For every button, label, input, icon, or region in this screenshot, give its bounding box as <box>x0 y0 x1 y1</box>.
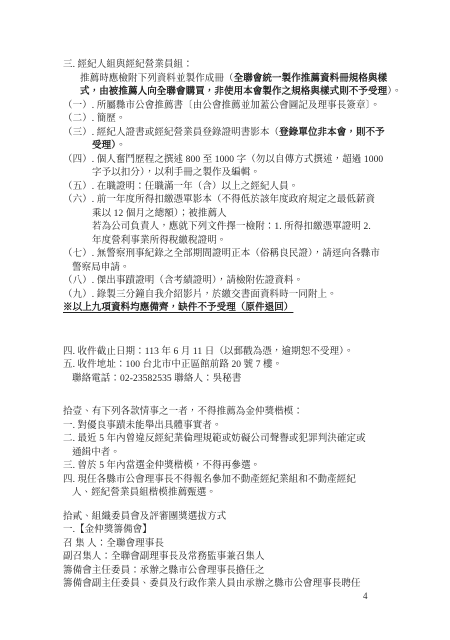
text-line: （二）. 簡歷。 <box>63 113 397 127</box>
text-run: 拾壹、有下列各款情事之一者，不得推薦為金仲獎楷模： <box>63 407 303 417</box>
text-line: 一. 對優良事蹟未能舉出具體事實者。 <box>63 420 397 434</box>
text-run: 通緝中者。 <box>72 448 120 458</box>
text-run: 五. 收件地址：100 台北市中正區館前路 20 號 7 樓。 <box>63 360 282 370</box>
text-line: 三. 經紀人組與經紀營業員組： <box>63 59 397 73</box>
text-line: ※以上九項資料均應備齊，缺件不予受理（原件退回） <box>63 302 397 316</box>
text-line: （六）. 前一年度所得扣繳憑單影本（不得低於該年度政府規定之最低薪資 <box>63 194 397 208</box>
text-run: 字予以扣分），以利手冊之製作及編輯。 <box>92 168 260 178</box>
document-body: 三. 經紀人組與經紀營業員組：推薦時應檢附下列資料並製作成冊（全聯會統一製作推薦… <box>63 59 397 592</box>
text-line: 字予以扣分），以利手冊之製作及編輯。 <box>92 167 397 181</box>
page-number: 4 <box>363 590 368 602</box>
blank-line <box>63 316 397 326</box>
text-run: 受理） <box>92 141 116 151</box>
text-run: 若為公司負責人，應就下列文件擇一檢附：1. 所得扣繳憑單證明 2. <box>92 222 371 232</box>
text-line: 受理）。 <box>92 140 397 154</box>
text-run: 三. 曾於 5 年內當選金仲獎楷模，不得再參選。 <box>63 461 260 471</box>
text-run: 副召集人：全聯會副理事長及常務監事兼召集人 <box>63 552 265 562</box>
text-line: 若為公司負責人，應就下列文件擇一檢附：1. 所得扣繳憑單證明 2. <box>92 221 397 235</box>
text-run: 年度營利事業所得稅繳稅證明。 <box>92 236 226 246</box>
text-line: 乘以 12 個月之總額）；被推薦人 <box>92 208 397 222</box>
text-run: （八）. 傑出事蹟證明（含考績證明），請檢附佐證資料。 <box>63 276 303 286</box>
text-line: 副召集人：全聯會副理事長及常務監事兼召集人 <box>63 551 397 565</box>
blank-line <box>63 396 397 406</box>
text-line: 籌備會主任委員：承辦之縣市公會理事長擔任之 <box>63 565 397 579</box>
text-run: （六）. 前一年度所得扣繳憑單影本（不得低於該年度政府規定之最低薪資 <box>63 195 375 205</box>
text-run: 聯絡電話：02-23582535 聯絡人：吳秘書 <box>72 374 241 384</box>
text-run: 登錄單位非本會，則不予 <box>279 128 385 138</box>
text-run: （五）. 在職證明：任職滿一年（含）以上之經紀人員。 <box>63 182 298 192</box>
text-run: 籌備會主任委員：承辦之縣市公會理事長擔任之 <box>63 566 265 576</box>
text-line: 人、經紀營業員組楷模推薦甄選。 <box>72 487 397 501</box>
text-line: （八）. 傑出事蹟證明（含考績證明），請檢附佐證資料。 <box>63 275 397 289</box>
text-line: 四. 收件截止日期：113 年 6 月 11 日（以郵戳為憑，逾期恕不受理）。 <box>63 346 397 360</box>
text-line: （九）. 錄製三分鐘自我介紹影片，於繳交書面資料時一同附上。 <box>63 289 397 303</box>
text-run: （三）. 經紀人證書或經紀營業員登錄證明書影本（ <box>63 128 279 138</box>
text-line: （五）. 在職證明：任職滿一年（含）以上之經紀人員。 <box>63 181 397 195</box>
text-line: 警察局申請。 <box>72 262 397 276</box>
text-run: ）。 <box>387 87 401 97</box>
text-run: 四. 現任各縣市公會理事長不得報名參加不動產經紀業組和不動產經紀 <box>63 475 356 485</box>
text-run: 拾貳、組織委員會及評審團獎選拔方式 <box>63 512 226 522</box>
text-line: 聯絡電話：02-23582535 聯絡人：吳秘書 <box>72 373 397 387</box>
text-run: 二. 最近 5 年內曾違反經紀業倫理規範或妨礙公司聲譽或犯罪判決確定或 <box>63 434 366 444</box>
text-line: 年度營利事業所得稅繳稅證明。 <box>92 235 397 249</box>
text-run: ※以上九項資料均應備齊，缺件不予受理（原件退回） <box>63 303 293 313</box>
text-line: 二. 最近 5 年內曾違反經紀業倫理規範或妨礙公司聲譽或犯罪判決確定或 <box>63 433 397 447</box>
text-run: 三. 經紀人組與經紀營業員組： <box>63 60 193 70</box>
text-run: 。 <box>116 141 126 151</box>
text-run: （七）. 無警察刑事紀錄之全部期間證明正本（俗稱良民證），請逕向各縣市 <box>63 249 380 259</box>
text-run: 推薦時應檢附下列資料並製作成冊（ <box>80 74 234 84</box>
text-run: 一.【金仲獎籌備會】 <box>63 525 152 535</box>
text-run: 全聯會統一製作推薦資料冊規格與樣 <box>234 74 388 84</box>
text-line: 召 集 人：全聯會理事長 <box>63 538 397 552</box>
text-run: （九）. 錄製三分鐘自我介紹影片，於繳交書面資料時一同附上。 <box>63 290 337 300</box>
text-line: 五. 收件地址：100 台北市中正區館前路 20 號 7 樓。 <box>63 359 397 373</box>
text-line: 三. 曾於 5 年內當選金仲獎楷模，不得再參選。 <box>63 460 397 474</box>
text-run: 乘以 12 個月之總額）；被推薦人 <box>92 209 227 219</box>
text-run: 籌備會副主任委員、委員及行政作業人員由承辦之縣市公會理事長聘任 <box>63 579 361 589</box>
text-run: 一. 對優良事蹟未能舉出具體事實者。 <box>63 421 222 431</box>
text-line: 式，由被推薦人向全聯會購買，非使用本會製作之規格與樣式則不予受理）。 <box>80 86 397 100</box>
blank-line <box>63 336 397 346</box>
text-run: 四. 收件截止日期：113 年 6 月 11 日（以郵戳為憑，逾期恕不受理）。 <box>63 347 354 357</box>
text-line: 四. 現任各縣市公會理事長不得報名參加不動產經紀業組和不動產經紀 <box>63 474 397 488</box>
text-line: 拾貳、組織委員會及評審團獎選拔方式 <box>63 511 397 525</box>
text-line: 拾壹、有下列各款情事之一者，不得推薦為金仲獎楷模： <box>63 406 397 420</box>
text-run: （四）. 個人奮鬥歷程之撰述 800 至 1000 字（勿以自傳方式撰述，超過 … <box>63 155 383 165</box>
text-line: （一）. 所屬縣市公會推薦書〔由公會推薦並加蓋公會圖記及理事長簽章〕。 <box>63 100 397 114</box>
blank-line <box>63 326 397 336</box>
text-line: （三）. 經紀人證書或經紀營業員登錄證明書影本（登錄單位非本會，則不予 <box>63 127 397 141</box>
text-run: 警察局申請。 <box>72 263 130 273</box>
text-run: 人、經紀營業員組楷模推薦甄選。 <box>72 488 216 498</box>
text-run: 召 集 人：全聯會理事長 <box>63 539 164 549</box>
text-run: 式，由被推薦人向全聯會購買，非使用本會製作之規格與樣式則不予受理 <box>80 87 387 97</box>
text-line: 推薦時應檢附下列資料並製作成冊（全聯會統一製作推薦資料冊規格與樣 <box>80 73 397 87</box>
text-line: 籌備會副主任委員、委員及行政作業人員由承辦之縣市公會理事長聘任 <box>63 578 397 592</box>
text-run: （二）. 簡歷。 <box>63 114 126 124</box>
text-line: （七）. 無警察刑事紀錄之全部期間證明正本（俗稱良民證），請逕向各縣市 <box>63 248 397 262</box>
text-line: 一.【金仲獎籌備會】 <box>63 524 397 538</box>
text-line: 通緝中者。 <box>72 447 397 461</box>
blank-line <box>63 386 397 396</box>
text-run: （一）. 所屬縣市公會推薦書〔由公會推薦並加蓋公會圖記及理事長簽章〕。 <box>63 101 380 111</box>
blank-line <box>63 501 397 511</box>
text-line: （四）. 個人奮鬥歷程之撰述 800 至 1000 字（勿以自傳方式撰述，超過 … <box>63 154 397 168</box>
